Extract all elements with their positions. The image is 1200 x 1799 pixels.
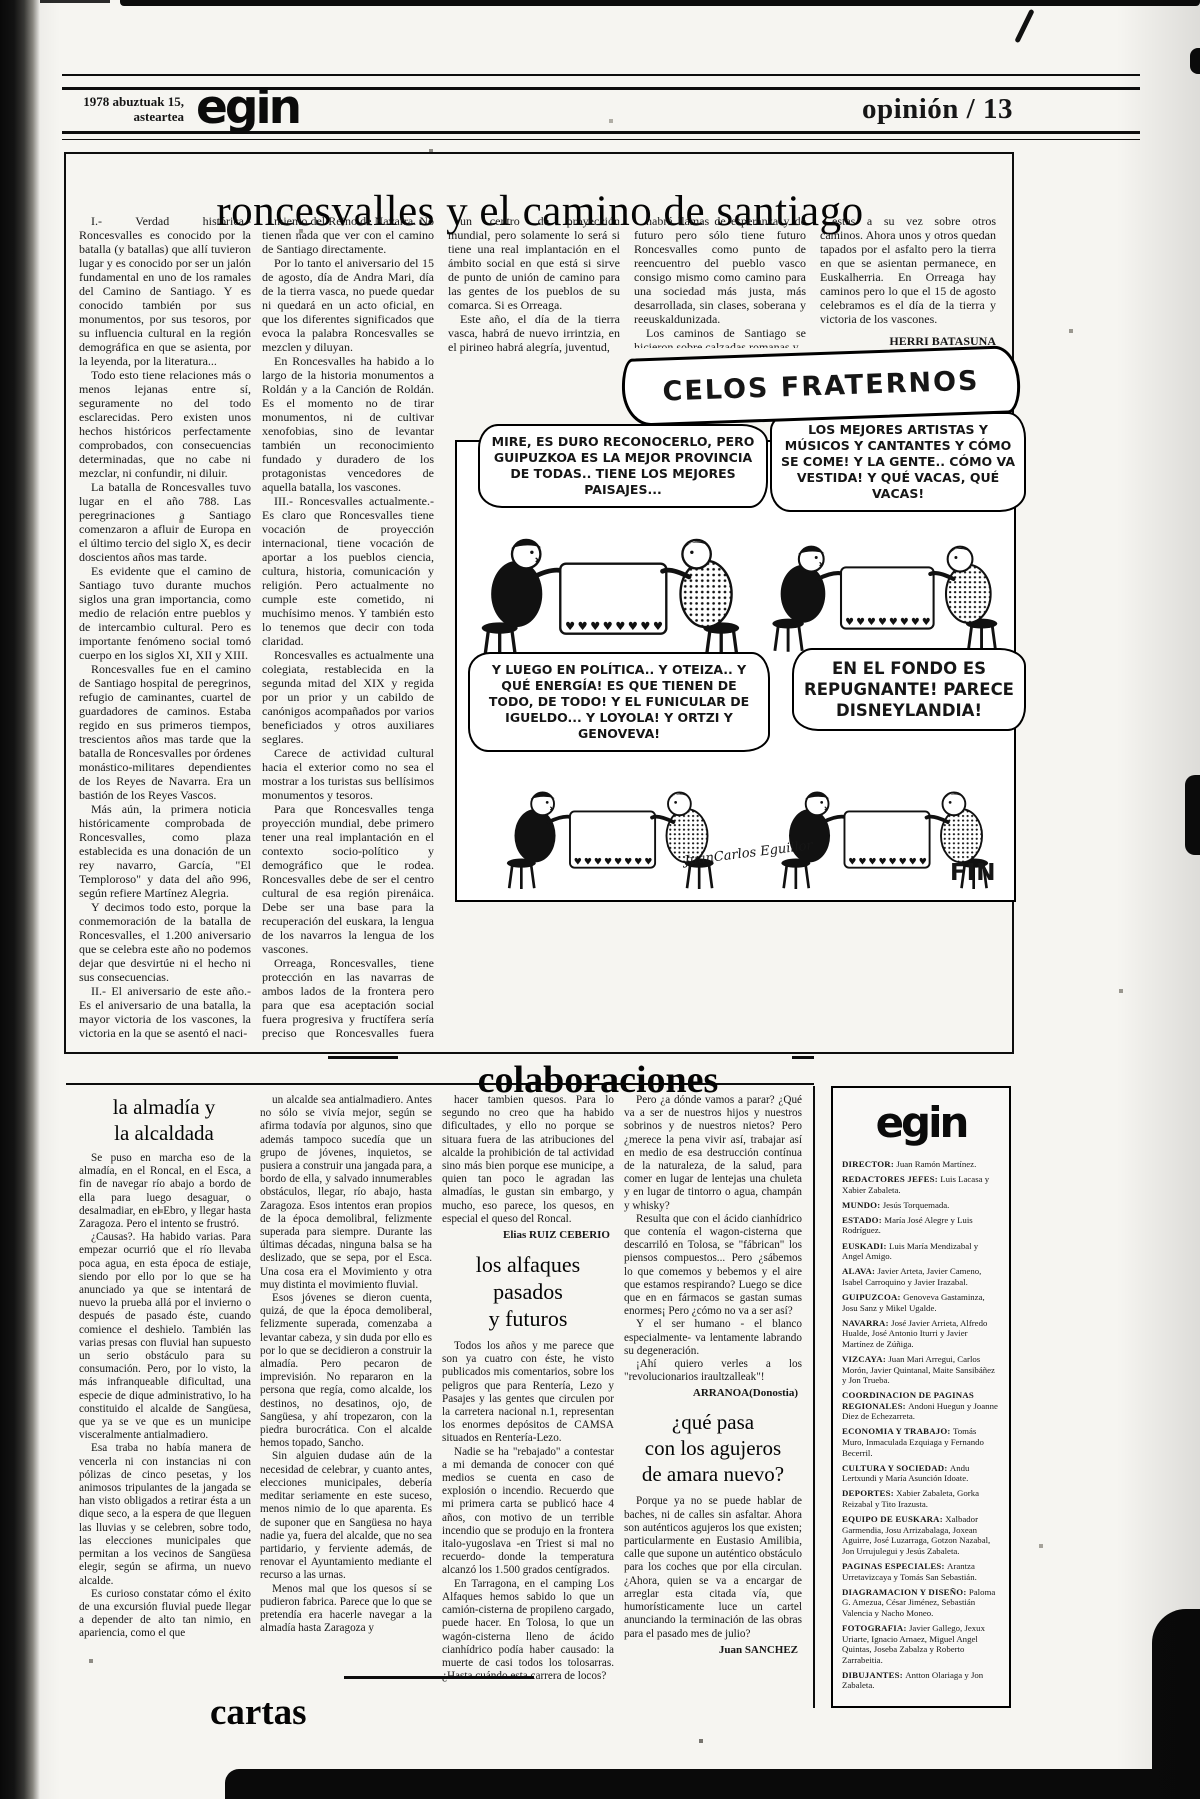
staff-credit-entry: CULTURA Y SOCIEDAD: Andu Lertxundi y Mar…: [842, 1463, 1000, 1484]
staff-box-logo: egin: [842, 1098, 1000, 1147]
colaboraciones-column-3: hacer tambien quesos. Para lo segundo no…: [442, 1094, 614, 1708]
speech-bubble-1: MIRE, ES DURO RECONOCERLO, PERO GUIPUZKO…: [478, 424, 768, 508]
alfaques-continuation: Pero ¿a dónde vamos a parar? ¿Qué va a s…: [624, 1094, 802, 1384]
paragraph: Resulta que con el ácido cianhídrico que…: [624, 1213, 802, 1319]
paragraph: Y decimos todo esto, porque la conmemora…: [79, 900, 251, 984]
header-rule-bottom-thin: [62, 139, 1140, 140]
paragraph: Roncesvalles es actualmente una colegiat…: [262, 648, 434, 746]
paragraph: estas a su vez sobre otros caminos. Ahor…: [820, 214, 996, 326]
staff-credit-entry: ALAVA: Javier Arteta, Javier Cameno, Isa…: [842, 1266, 1000, 1287]
issue-date-line2: asteartea: [66, 109, 184, 124]
colaboraciones-dash-left: [328, 1056, 398, 1059]
paragraph: Esos jóvenes se dieron cuenta, quizá, de…: [260, 1292, 432, 1450]
paragraph: Orreaga, Roncesvalles, tiene protección …: [262, 956, 434, 1042]
agujeros-title-line3: de amara nuevo?: [624, 1461, 802, 1487]
main-article-column-1: I.- Verdad histórica.- Roncesvalles es c…: [79, 214, 251, 1042]
almadia-column-2: un alcalde sea antialmadiero. Antes no s…: [260, 1094, 432, 1654]
staff-credits-list: DIRECTOR: Juan Ramón Martínez.REDACTORES…: [842, 1159, 1000, 1691]
sanchez-signature: Juan SANCHEZ: [624, 1644, 798, 1656]
paragraph: Menos mal que los quesos sí se pudieron …: [260, 1583, 432, 1636]
alfaques-title-line1: los alfaques pasados: [442, 1251, 614, 1305]
paragraph: En Roncesvalles ha habido a lo largo de …: [262, 354, 434, 494]
paragraph: Todo esto tiene relaciones más o menos l…: [79, 368, 251, 480]
staff-credit-entry: PAGINAS ESPECIALES: Arantza Urretavizcay…: [842, 1561, 1000, 1582]
staff-credit-entry: VIZCAYA: Juan Mari Arregui, Carlos Morón…: [842, 1354, 1000, 1386]
paragraph: un alcalde sea antialmadiero. Antes no s…: [260, 1094, 432, 1292]
colaboraciones-column-4: Pero ¿a dónde vamos a parar? ¿Qué va a s…: [624, 1094, 802, 1708]
paragraph: habrá llamas de esperanza y de futuro pe…: [634, 214, 806, 326]
staff-credit-entry: NAVARRA: José Javier Arrieta, Alfredo Hu…: [842, 1318, 1000, 1350]
speech-bubble-4: EN EL FONDO ES REPUGNANTE! PARECE DISNEY…: [792, 648, 1026, 731]
main-article-column-3: un centro de proyección mundial, pero so…: [448, 214, 620, 428]
paragraph: II.- El aniversario de este año.- Es el …: [79, 984, 251, 1040]
cartas-section-title: cartas: [210, 1691, 307, 1734]
alfaques-column: Todos los años y me parece que son ya cu…: [442, 1340, 614, 1683]
agujeros-title-line1: ¿qué pasa: [624, 1409, 802, 1435]
staff-credit-entry: DIRECTOR: Juan Ramón Martínez.: [842, 1159, 1000, 1170]
paragraph: Roncesvalles fue en el camino de Santiag…: [79, 662, 251, 802]
staff-credit-entry: EQUIPO DE EUSKARA: Xalbador Garmendia, J…: [842, 1514, 1000, 1556]
staff-credit-entry: DEPORTES: Xabier Zabaleta, Gorka Reizaba…: [842, 1488, 1000, 1509]
paragraph: Y el ser humano - el blanco especialment…: [624, 1318, 802, 1358]
paragraph: Nadie se ha "rebajado" a contestar a mi …: [442, 1446, 614, 1578]
almadia-title-line2: la alcaldada: [86, 1120, 242, 1146]
paragraph: Pero ¿a dónde vamos a parar? ¿Qué va a s…: [624, 1094, 802, 1213]
comic-panel-1-illustration: ♥♥♥♥♥♥♥♥: [462, 522, 757, 664]
scan-edge-top-secondary: [40, 0, 110, 3]
main-article-column-2: miento del Reino de Navarra. No tienen n…: [262, 214, 434, 1042]
staff-credit-entry: FOTOGRAFIA: Javier Gallego, Jexux Uriart…: [842, 1623, 1000, 1665]
almadia-column-3: hacer tambien quesos. Para lo segundo no…: [442, 1094, 614, 1226]
paragraph: Más aún, la primera noticia históricamen…: [79, 802, 251, 900]
comic-title-banner: CELOS FRATERNOS: [621, 345, 1021, 427]
masthead-logo: egin: [196, 80, 299, 135]
staff-credit-entry: ESTADO: María José Alegre y Luis Rodrígu…: [842, 1215, 1000, 1236]
scan-edge-top: [120, 0, 1200, 6]
alfaques-article-title: los alfaques pasados y futuros: [442, 1251, 614, 1332]
paragraph: Es curioso constatar cómo el éxito de un…: [79, 1588, 251, 1641]
scan-edge-bottom: [225, 1769, 1200, 1799]
paragraph: Los caminos de Santiago se hicieron sobr…: [634, 326, 806, 348]
paragraph: Todos los años y me parece que son ya cu…: [442, 1340, 614, 1446]
header-rule-top-thin: [62, 74, 1140, 76]
agujeros-title-line2: con los agujeros: [624, 1435, 802, 1461]
almadia-title-line1: la almadía y: [86, 1094, 242, 1120]
paragraph: Es evidente que el camino de Santiago tu…: [79, 564, 251, 662]
staff-credit-entry: GUIPUZCOA: Genoveva Gastaminza, Josu San…: [842, 1292, 1000, 1313]
scan-edge-left: [0, 0, 40, 1799]
comic-panel-3-illustration: [462, 778, 757, 892]
comic-fin-label: FIN: [950, 860, 997, 886]
main-article-column-5: estas a su vez sobre otros caminos. Ahor…: [820, 214, 996, 332]
scan-blob-right-middle: [1185, 775, 1200, 855]
paragraph: I.- Verdad histórica.- Roncesvalles es c…: [79, 214, 251, 368]
paragraph: Se puso en marcha eso de la almadía, en …: [79, 1152, 251, 1231]
paragraph: ¿Causas?. Ha habido varias. Para empezar…: [79, 1231, 251, 1442]
paragraph: Este año, el día de la tierra vasca, hab…: [448, 312, 620, 354]
paragraph: Sin alguien dudase aún de la necesidad d…: [260, 1450, 432, 1582]
staff-credit-entry: MUNDO: Jesús Torquemada.: [842, 1200, 1000, 1211]
almadia-article-title: la almadía y la alcaldada: [86, 1094, 242, 1146]
main-article-column-4: habrá llamas de esperanza y de futuro pe…: [634, 214, 806, 348]
paragraph: ¡Ahí quiero verles a los "revolucionario…: [624, 1358, 802, 1384]
scan-mark-top-right: [1014, 9, 1034, 44]
speech-bubble-2: LOS MEJORES ARTISTAS Y MÚSICOS Y CANTANT…: [770, 412, 1026, 512]
paragraph: hacer tambien quesos. Para lo segundo no…: [442, 1094, 614, 1226]
staff-credit-entry: EUSKADI: Luis María Mendizabal y Angel A…: [842, 1241, 1000, 1262]
staff-credit-entry: DIBUJANTES: Antton Olariaga y Jon Zabale…: [842, 1670, 1000, 1691]
issue-date: 1978 abuztuak 15, asteartea: [66, 94, 184, 124]
issue-date-line1: 1978 abuztuak 15,: [66, 94, 184, 109]
speech-bubble-3: Y LUEGO EN POLÍTICA.. Y OTEIZA.. Y QUÉ E…: [468, 652, 770, 752]
paragraph: Carece de actividad cultural hacia el ex…: [262, 746, 434, 802]
paragraph: En Tarragona, en el camping Los Alfaques…: [442, 1578, 614, 1684]
paragraph: III.- Roncesvalles actualmente.- Es clar…: [262, 494, 434, 648]
scan-specks: [0, 0, 2, 2]
paragraph: Por lo tanto el aniversario del 15 de ag…: [262, 256, 434, 354]
staff-credit-entry: ECONOMIA Y TRABAJO: Tomás Muro, Inmacula…: [842, 1426, 1000, 1458]
staff-credit-entry: COORDINACION DE PAGINAS REGIONALES: Ando…: [842, 1390, 1000, 1422]
agujeros-column: Porque ya no se puede hablar de baches, …: [624, 1495, 802, 1640]
paragraph: miento del Reino de Navarra. No tienen n…: [262, 214, 434, 256]
paragraph: Para que Roncesvalles tenga proyección m…: [262, 802, 434, 956]
arranoa-signature: ARRANOA(Donostia): [624, 1387, 798, 1399]
staff-credit-entry: REDACTORES JEFES: Luis Lacasa y Xabier Z…: [842, 1174, 1000, 1195]
staff-credit-entry: DIAGRAMACION Y DISEÑO: Paloma G. Amezua,…: [842, 1587, 1000, 1619]
paragraph: un centro de proyección mundial, pero so…: [448, 214, 620, 312]
newspaper-page: 1978 abuztuak 15, asteartea egin opinión…: [0, 0, 1200, 1799]
cartas-title-rule: [344, 1676, 534, 1679]
staff-credits-box: egin DIRECTOR: Juan Ramón Martínez.REDAC…: [831, 1086, 1011, 1708]
almadia-signature: Elias RUIZ CEBERIO: [442, 1229, 610, 1241]
staff-box-separator-rule: [813, 1086, 815, 1708]
comic-panel-2-illustration: [760, 522, 1008, 664]
section-page-label: opinión / 13: [855, 93, 1013, 126]
paragraph: Porque ya no se puede hablar de baches, …: [624, 1495, 802, 1640]
paragraph: Esa traba no había manera de vencerla ni…: [79, 1442, 251, 1587]
almadia-column-1: Se puso en marcha eso de la almadía, en …: [79, 1152, 251, 1704]
agujeros-article-title: ¿qué pasa con los agujeros de amara nuev…: [624, 1409, 802, 1487]
paragraph: La batalla de Roncesvalles tuvo lugar en…: [79, 480, 251, 564]
scan-blob-right-top: [1190, 48, 1200, 74]
alfaques-title-line2: y futuros: [442, 1305, 614, 1332]
